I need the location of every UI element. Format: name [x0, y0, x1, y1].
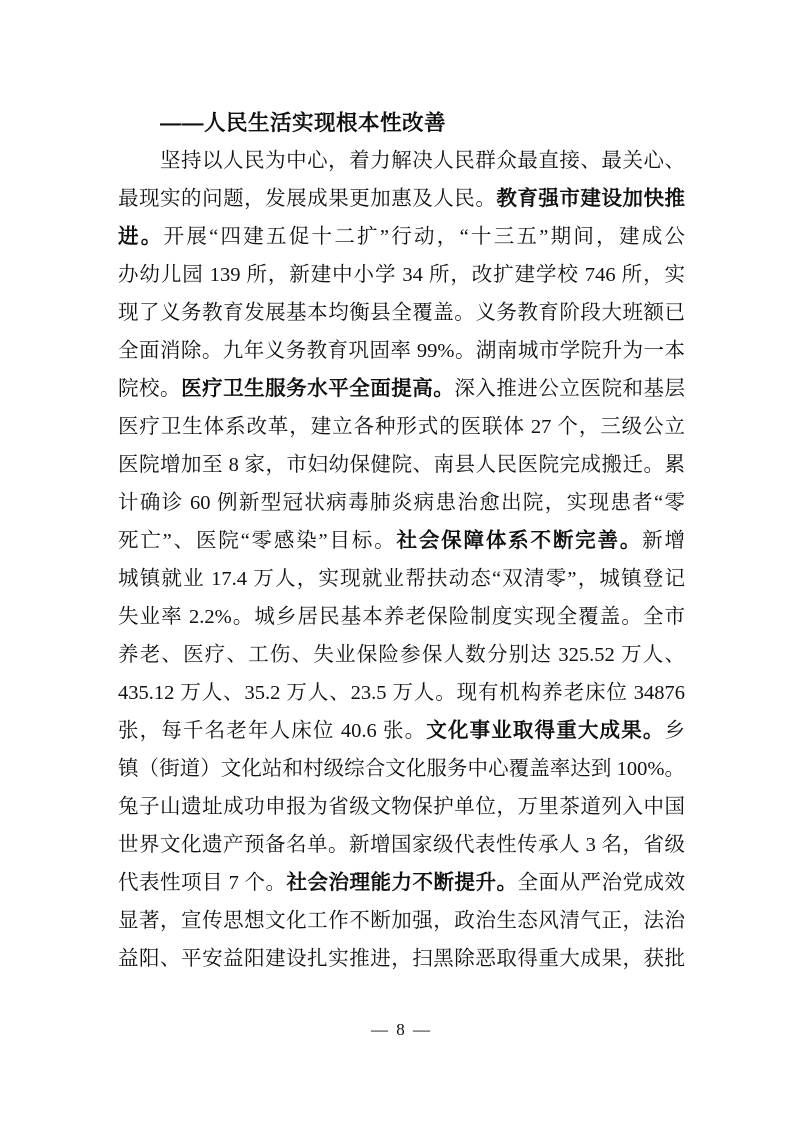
emphasis-text: 社会治理能力不断提升。 [287, 871, 518, 894]
body-text: 兔子山遗址成功申报为省级文物保护单位，万里茶道列入中国 [118, 796, 685, 818]
text-column: ——人民生活实现根本性改善 坚持以人民为中心，着力解决人民群众最直接、最关心、最… [118, 104, 685, 978]
text-line: 代表性项目 7 个。社会治理能力不断提升。全面从严治党成效 [118, 864, 685, 902]
body-text: 最现实的问题，发展成果更加惠及人民。 [118, 188, 496, 210]
emphasis-text: 教育强市建设加快推 [496, 187, 685, 210]
text-line: 现了义务教育发展基本均衡县全覆盖。义务教育阶段大班额已 [118, 294, 685, 332]
body-text: 显著，宣传思想文化工作不断加强，政治生态风清气正，法治 [118, 910, 685, 932]
body-text: 城镇就业 17.4 万人，实现就业帮扶动态“双清零”，城镇登记 [118, 568, 685, 590]
text-line: 死亡”、医院“零感染”目标。社会保障体系不断完善。新增 [118, 522, 685, 560]
emphasis-text: 社会保障体系不断完善。 [396, 529, 642, 552]
text-line: 计确诊 60 例新型冠状病毒肺炎病患治愈出院，实现患者“零 [118, 484, 685, 522]
body-text: 全面消除。九年义务教育巩固率 99%。湖南城市学院升为一本 [118, 340, 685, 362]
body-text: 医院增加至 8 家，市妇幼保健院、南县人民医院完成搬迁。累 [118, 454, 685, 476]
emphasis-text: 医疗卫生服务水平全面提高。 [181, 377, 454, 400]
text-line: 益阳、平安益阳建设扎实推进，扫黑除恶取得重大成果，获批 [118, 940, 685, 978]
body-text: 乡 [665, 720, 685, 742]
text-line: 坚持以人民为中心，着力解决人民群众最直接、最关心、 [118, 142, 685, 180]
emphasis-text: 进。 [118, 225, 164, 248]
text-line: 世界文化遗产预备名单。新增国家级代表性传承人 3 名，省级 [118, 826, 685, 864]
text-line: 院校。医疗卫生服务水平全面提高。深入推进公立医院和基层 [118, 370, 685, 408]
text-line: 镇（街道）文化站和村级综合文化服务中心覆盖率达到 100%。 [118, 750, 685, 788]
text-line: 435.12 万人、35.2 万人、23.5 万人。现有机构养老床位 34876 [118, 674, 685, 712]
body-text: 世界文化遗产预备名单。新增国家级代表性传承人 3 名，省级 [118, 834, 685, 856]
document-page: ——人民生活实现根本性改善 坚持以人民为中心，着力解决人民群众最直接、最关心、最… [0, 0, 793, 1122]
text-line: 城镇就业 17.4 万人，实现就业帮扶动态“双清零”，城镇登记 [118, 560, 685, 598]
body-text: 镇（街道）文化站和村级综合文化服务中心覆盖率达到 100%。 [118, 758, 685, 780]
body-text: 435.12 万人、35.2 万人、23.5 万人。现有机构养老床位 34876 [118, 682, 685, 704]
page-number: — 8 — [371, 1020, 432, 1039]
body-text: 开展“四建五促十二扩”行动，“十三五”期间，建成公 [164, 226, 685, 248]
text-line: 办幼儿园 139 所，新建中小学 34 所，改扩建学校 746 所，实 [118, 256, 685, 294]
body-text: 失业率 2.2%。城乡居民基本养老保险制度实现全覆盖。全市 [118, 606, 685, 628]
body-text: 代表性项目 7 个。 [118, 872, 287, 894]
body-text: 办幼儿园 139 所，新建中小学 34 所，改扩建学校 746 所，实 [118, 264, 685, 286]
text-line: 养老、医疗、工伤、失业保险参保人数分别达 325.52 万人、 [118, 636, 685, 674]
body-text: 养老、医疗、工伤、失业保险参保人数分别达 325.52 万人、 [118, 644, 685, 666]
section-heading: ——人民生活实现根本性改善 [118, 104, 685, 142]
text-line: 全面消除。九年义务教育巩固率 99%。湖南城市学院升为一本 [118, 332, 685, 370]
body-text: 张，每千名老年人床位 40.6 张。 [118, 720, 426, 742]
body-text: 坚持以人民为中心，着力解决人民群众最直接、最关心、 [160, 150, 685, 172]
page-footer: — 8 — [118, 1016, 685, 1044]
body-text: 深入推进公立医院和基层 [454, 378, 685, 400]
body-text: 新增 [642, 530, 685, 552]
body-text: 现了义务教育发展基本均衡县全覆盖。义务教育阶段大班额已 [118, 302, 685, 324]
text-line: 兔子山遗址成功申报为省级文物保护单位，万里茶道列入中国 [118, 788, 685, 826]
document-body: 坚持以人民为中心，着力解决人民群众最直接、最关心、最现实的问题，发展成果更加惠及… [118, 142, 685, 978]
text-line: 失业率 2.2%。城乡居民基本养老保险制度实现全覆盖。全市 [118, 598, 685, 636]
body-text: 益阳、平安益阳建设扎实推进，扫黑除恶取得重大成果，获批 [118, 948, 685, 970]
body-text: 院校。 [118, 378, 181, 400]
body-text: 计确诊 60 例新型冠状病毒肺炎病患治愈出院，实现患者“零 [118, 492, 685, 514]
text-line: 进。开展“四建五促十二扩”行动，“十三五”期间，建成公 [118, 218, 685, 256]
text-line: 张，每千名老年人床位 40.6 张。文化事业取得重大成果。乡 [118, 712, 685, 750]
body-text: 死亡”、医院“零感染”目标。 [118, 530, 396, 552]
text-line: 医院增加至 8 家，市妇幼保健院、南县人民医院完成搬迁。累 [118, 446, 685, 484]
text-line: 医疗卫生体系改革，建立各种形式的医联体 27 个，三级公立 [118, 408, 685, 446]
text-line: 显著，宣传思想文化工作不断加强，政治生态风清气正，法治 [118, 902, 685, 940]
body-text: 医疗卫生体系改革，建立各种形式的医联体 27 个，三级公立 [118, 416, 685, 438]
body-text: 全面从严治党成效 [518, 872, 686, 894]
text-line: 最现实的问题，发展成果更加惠及人民。教育强市建设加快推 [118, 180, 685, 218]
emphasis-text: 文化事业取得重大成果。 [426, 719, 664, 742]
